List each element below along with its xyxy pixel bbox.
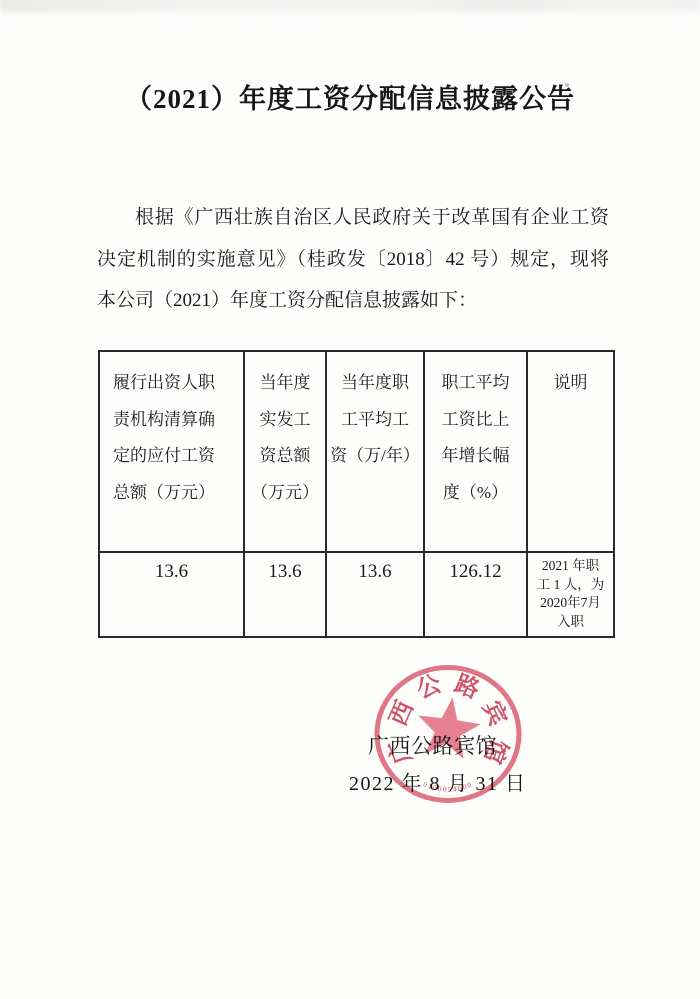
seal-number: 0100054600 (422, 779, 474, 793)
wage-disclosure-table: 履行出资人职 责机构清算确 定的应付工资 总额（万元） 当年度 实发工 资总额 … (98, 350, 615, 638)
seal-char: 广 (383, 735, 418, 767)
cell-wage-growth-rate: 126.12 (424, 552, 527, 637)
paragraph-line-2: 决定机制的实施意见》（桂政发〔2018〕42 号）规定，现将 (97, 239, 609, 281)
cell-average-wage: 13.6 (326, 552, 424, 637)
header-wage-growth-rate: 职工平均 工资比上 年增长幅 度（%） (424, 351, 527, 552)
cell-payable-wage-total: 13.6 (99, 552, 244, 637)
document-title: （2021）年度工资分配信息披露公告 (0, 77, 700, 116)
header-payable-wage-total: 履行出资人职 责机构清算确 定的应付工资 总额（万元） (99, 351, 244, 552)
paragraph-line-1: 根据《广西壮族自治区人民政府关于改革国有企业工资 (97, 197, 609, 239)
seal-char: 西 (385, 697, 419, 730)
table-data-row: 13.6 13.6 13.6 126.12 2021 年职 工 1 人，为 20… (99, 552, 614, 637)
company-seal: 广 西 公 路 宾 馆 0100054600 (368, 658, 528, 818)
scan-artifact-smudge (0, 0, 700, 12)
document-page: （2021）年度工资分配信息披露公告 根据《广西壮族自治区人民政府关于改革国有企… (0, 0, 700, 999)
body-paragraph: 根据《广西壮族自治区人民政府关于改革国有企业工资 决定机制的实施意见》（桂政发〔… (97, 197, 609, 322)
seal-char: 馆 (479, 735, 514, 767)
header-note: 说明 (527, 351, 614, 552)
table-header-row: 履行出资人职 责机构清算确 定的应付工资 总额（万元） 当年度 实发工 资总额 … (99, 351, 614, 552)
cell-note: 2021 年职 工 1 人，为 2020年7月 入职 (527, 552, 614, 637)
header-average-wage: 当年度职 工平均工 资（万/年） (326, 351, 424, 552)
paragraph-line-3: 本公司（2021）年度工资分配信息披露如下： (97, 280, 609, 322)
header-actual-wage-total: 当年度 实发工 资总额 （万元） (244, 351, 326, 552)
seal-char: 宾 (477, 697, 512, 730)
cell-actual-wage-total: 13.6 (244, 552, 326, 637)
